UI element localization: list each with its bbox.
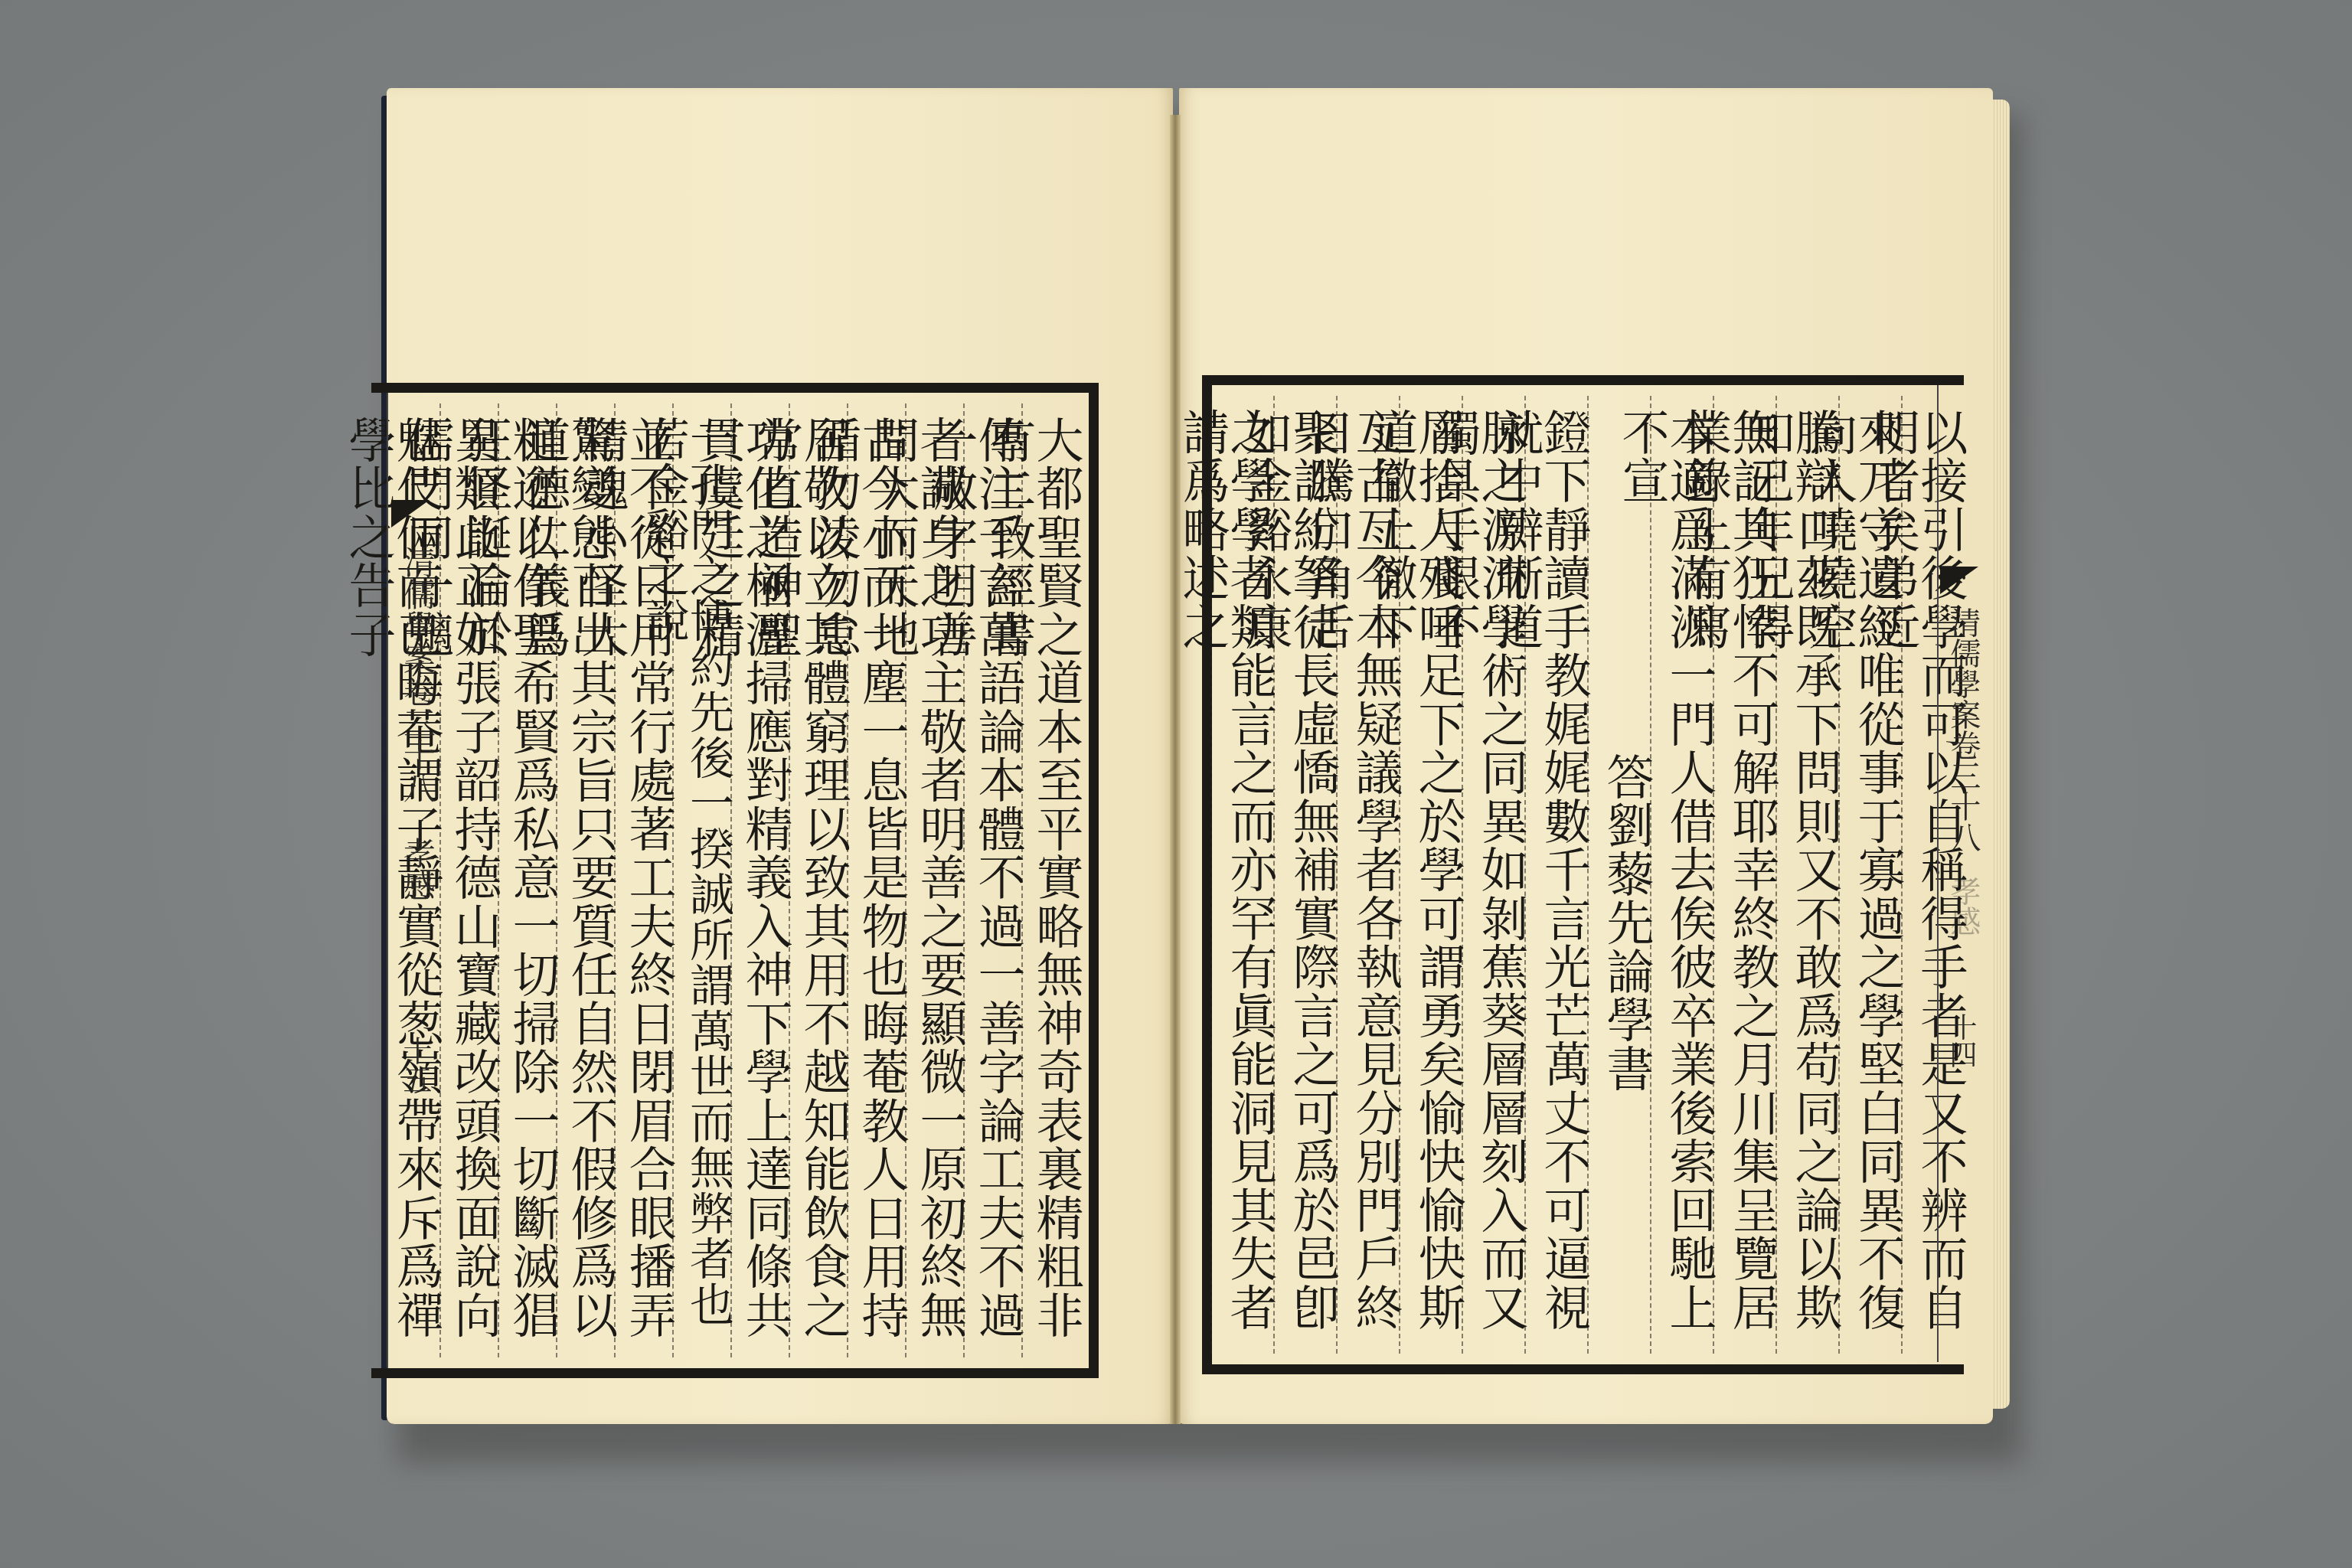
- text-column: 並不從日用常行處著工夫終日閉眉合眼播弄精魂小怪大: [614, 403, 672, 1357]
- text-column: 騰辯口茲既承下問則又不敢爲苟同之論以欺知己年兄得: [1775, 396, 1838, 1354]
- text-column: 之學學者類能言之而亦罕有眞能洞見其失者請爲略述之: [1210, 396, 1273, 1354]
- letter-title: 答劉藜先論學書: [1602, 668, 1650, 1093]
- text-column: 異類此正如張子韶持德山寶藏改頭換面說向儒門同一魑: [439, 403, 498, 1357]
- fishtail-icon: [1940, 567, 1978, 594]
- fold-page-number: 十五: [394, 1036, 436, 1094]
- text-column: 亙古亙今本無疑議學者各執意見分別門戶終日騰口角舌: [1336, 396, 1399, 1354]
- left-page-columns: 大都聖賢之道本至平實略無神奇表裏精粗非有二致經書 傳注千言萬語論本體不過一善字論…: [371, 403, 1080, 1357]
- left-page-text-frame: 大都聖賢之道本至平實略無神奇表裏精粗非有二致經書 傳注千言萬語論本體不過一善字論…: [371, 383, 1099, 1378]
- fishtail-icon: [391, 500, 430, 528]
- text-column: 功化之極灑掃應對精義入神下學上達同條共貫虞廷之精: [730, 403, 789, 1357]
- text-column: 本適爲滿洲一門人借去俟彼卒業後索回馳上不宣: [1650, 396, 1713, 1354]
- text-column: 驚變態百出其宗旨只要質任自然不假修爲以道德仁義爲: [556, 403, 614, 1357]
- text-column: 來兀守遺經唯從事于寡過之學堅白同異不復向人嘵嘵空: [1838, 396, 1901, 1354]
- fold-page-number: 十四: [1942, 1013, 1981, 1068]
- text-column: 聚訟紛拏徒長虛憍無補實際言之可爲於邑卽如金谿永康: [1273, 396, 1336, 1354]
- text-column: 粗迹以作聖希賢爲私意一切掃除一切斷滅猖狂怪誕淪於: [498, 403, 556, 1357]
- text-column: 鐙下靜讀手教娓娓數千言光芒萬丈不可逼視就中辨晰道: [1524, 396, 1587, 1354]
- text-column: 者誠身之功主敬者明善之要顯微一原初終無間大而天地: [905, 403, 963, 1357]
- text-column: 古今小而一塵一息皆是物也晦菴教人日用持循勿淩勿怠: [847, 403, 905, 1357]
- text-column: 無訝其狂悖不可解耶幸終教之月川集呈覽居業錄止有寫: [1713, 396, 1775, 1354]
- text-column: 居敬以立其體窮理以致其用不越知能飲食之常直造神聖: [789, 403, 847, 1357]
- text-column: 屑拾人殘唾足下之於學可謂勇矣愉快愉快斯道徹上徹下: [1399, 396, 1462, 1354]
- text-column: 大都聖賢之道本至平實略無神奇表裏精粗非有二致經書: [1021, 403, 1080, 1357]
- right-page-columns: 以接引後學而可以自稱得手者是又不辨而自明者矣弟近 來兀守遺經唯從事于寡過之學堅白…: [1221, 396, 1964, 1354]
- letter-title-column: 答劉藜先論學書: [1587, 396, 1650, 1354]
- fold-title: 清儒學案卷三十八: [394, 546, 440, 803]
- fold-section: 孝感: [394, 837, 440, 901]
- fold-section: 孝感: [1942, 875, 1985, 936]
- text-column: 脉之源流學術之同異如剝蕉葵層層刻入而又獨具手眼不: [1462, 396, 1524, 1354]
- left-fold-margin: 清儒學案卷三十八 孝感 十五: [387, 393, 434, 1368]
- right-fold-margin: 清儒學案卷三十八 孝感 十四: [1937, 385, 1984, 1362]
- text-column: 傳注千言萬語論本體不過一善字論工夫不過一敬字明善: [963, 403, 1021, 1357]
- text-column: 一孔門之博約先後一揆誠所謂萬世而無弊者也若金谿之說: [672, 403, 730, 1357]
- fold-title: 清儒學案卷三十八: [1942, 607, 1985, 852]
- right-page-text-frame: 以接引後學而可以自稱得手者是又不辨而自明者矣弟近 來兀守遺經唯從事于寡過之學堅白…: [1202, 375, 1964, 1374]
